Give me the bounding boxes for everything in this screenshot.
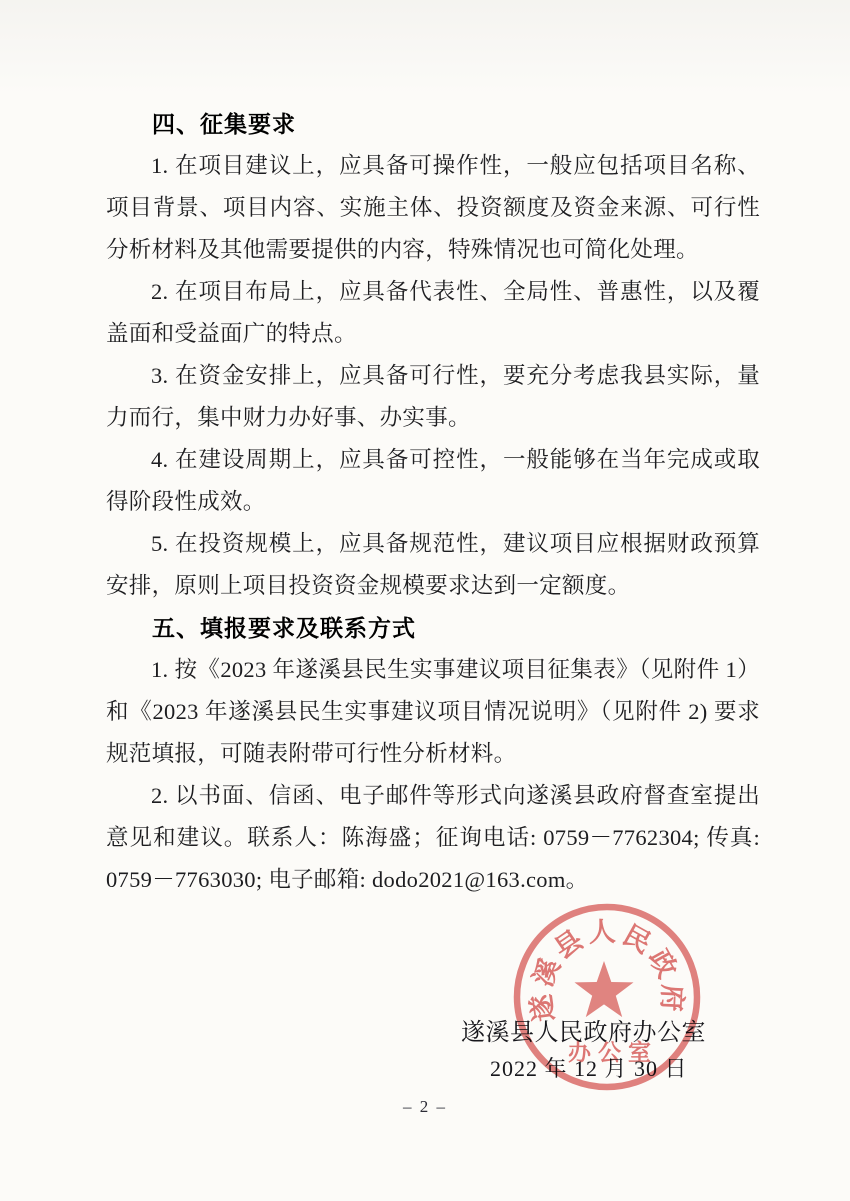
- section-heading-collection-requirements: 四、征集要求: [106, 103, 760, 145]
- paragraph-item-1: 1. 在项目建议上，应具备可操作性，一般应包括项目名称、项目背景、项目内容、实施…: [106, 145, 760, 271]
- seal-star: [575, 961, 634, 1017]
- document-body: 四、征集要求 1. 在项目建议上，应具备可操作性，一般应包括项目名称、项目背景、…: [106, 103, 760, 901]
- scanned-document-page: 四、征集要求 1. 在项目建议上，应具备可操作性，一般应包括项目名称、项目背景、…: [0, 0, 850, 1201]
- paragraph-item-2: 2. 在项目布局上，应具备代表性、全局性、普惠性，以及覆盖面和受益面广的特点。: [106, 271, 760, 355]
- page-number: – 2 –: [0, 1097, 850, 1117]
- paragraph-item-4: 4. 在建设周期上，应具备可控性，一般能够在当年完成或取得阶段性成效。: [106, 439, 760, 523]
- seal-bottom-text: 办公室: [568, 1039, 658, 1065]
- paragraph-item-3: 3. 在资金安排上，应具备可行性，要充分考虑我县实际，量力而行，集中财力办好事、…: [106, 355, 760, 439]
- section-heading-submission-contact: 五、填报要求及联系方式: [106, 607, 760, 649]
- official-seal: 遂溪县人民政府 办公室: [505, 895, 709, 1099]
- paragraph-submission-2: 2. 以书面、信函、电子邮件等形式向遂溪县政府督查室提出意见和建议。联系人：陈海…: [106, 775, 760, 901]
- paragraph-submission-1: 1. 按《2023 年遂溪县民生实事建议项目征集表》（见附件 1）和《2023 …: [106, 649, 760, 775]
- paragraph-item-5: 5. 在投资规模上，应具备规范性，建议项目应根据财政预算安排，原则上项目投资资金…: [106, 523, 760, 607]
